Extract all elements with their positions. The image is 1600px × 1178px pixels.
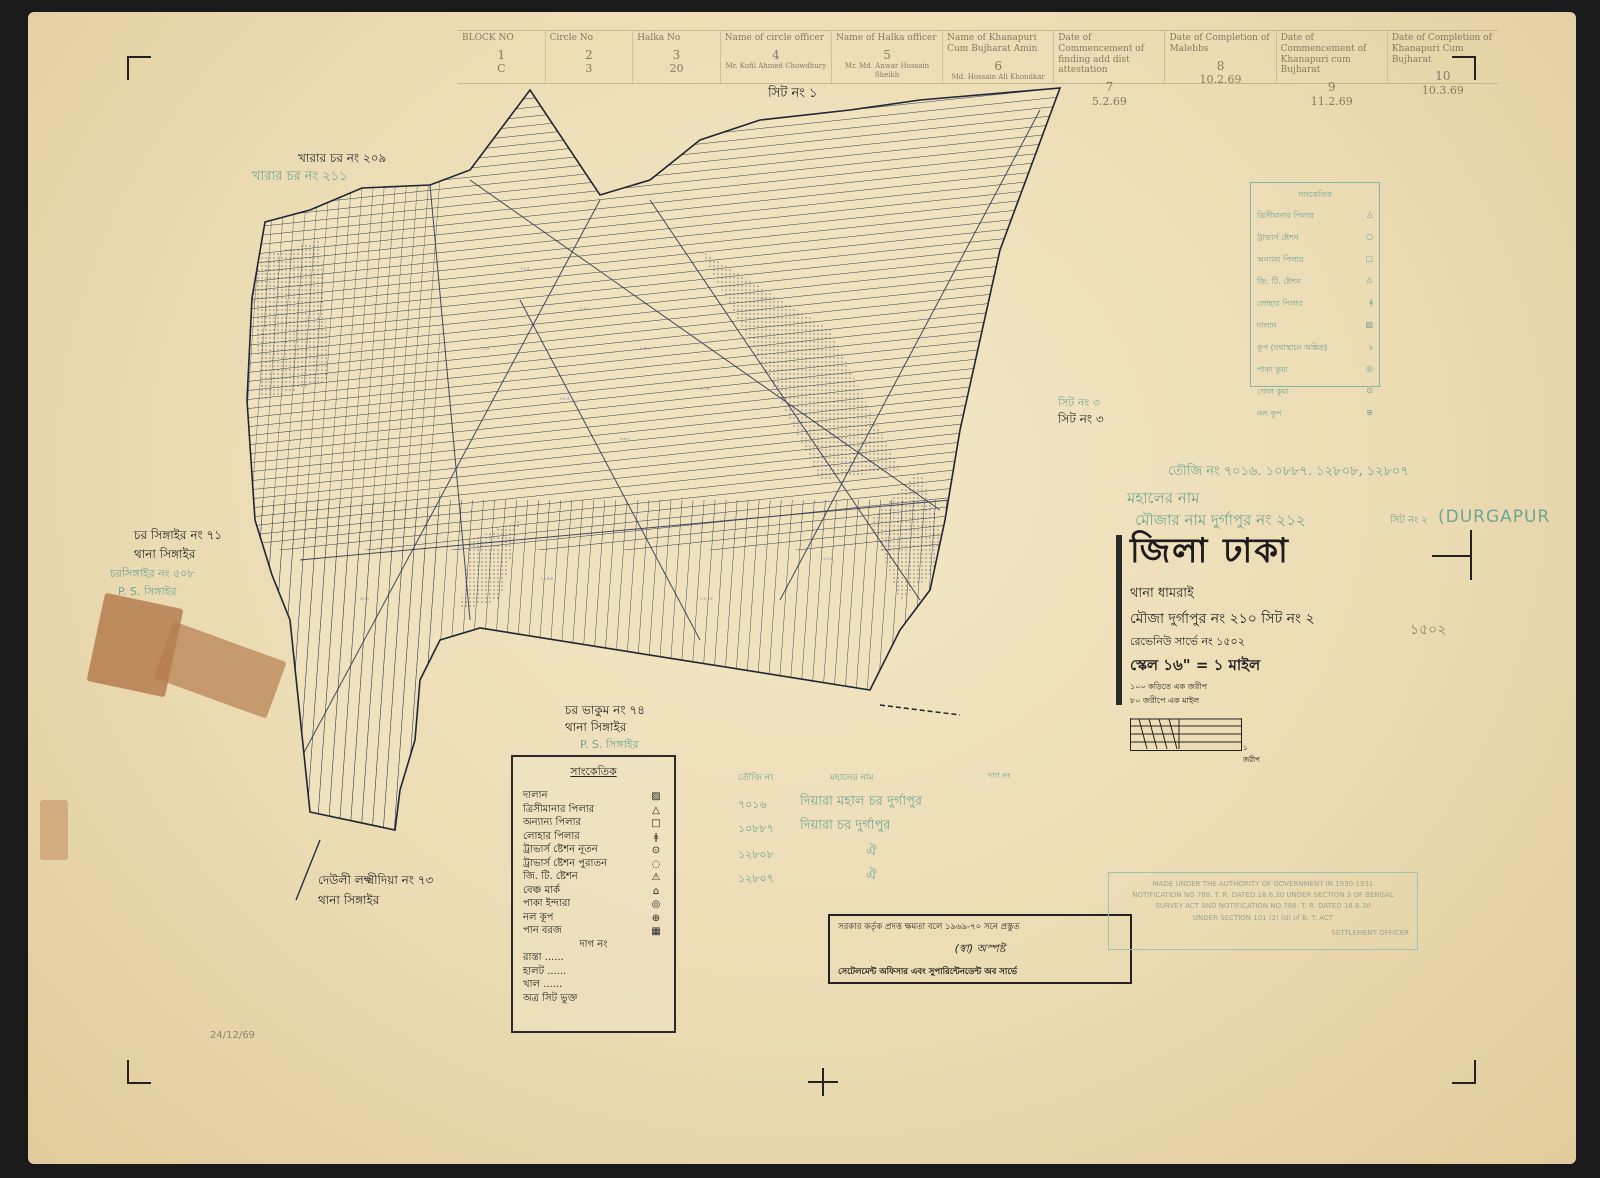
- mouza-name: মৌজা দুর্গাপুর নং ২১০ সিট নং ২: [1130, 607, 1315, 631]
- touzi-numbers: তৌজি নং ৭০১৬. ১০৮৮৭. ১২৮০৮, ১২৮০৭: [1168, 462, 1409, 483]
- mahal-cell: ঐ: [866, 866, 876, 887]
- svg-text:১০২৫: ১০২৫: [820, 556, 833, 562]
- svg-text:১১৫৬: ১১৫৬: [540, 576, 554, 582]
- iron-pillar-icon: ǂ: [648, 832, 664, 843]
- tape-stain: [40, 800, 68, 860]
- adjacent-mouza-west-teal: চরসিঙ্গাইর নং ৫০৮: [110, 565, 194, 584]
- legend-title: সাংকেতিক: [1257, 189, 1373, 202]
- adjacent-mouza-southwest-thana: থানা সিঙ্গাইর: [318, 892, 379, 912]
- cadastral-plot-map: ৭৭৫৮২০৮৪৩ ৯১৪৮৮৫৭০৫ ৯২১৮৯০১০২৫ ৬৩১১১৫৬১২…: [0, 0, 1600, 1178]
- legend-item: নল কূপ⊕: [1257, 408, 1373, 421]
- legend-item: লোহার পিলারǂ: [1257, 298, 1373, 311]
- adjacent-mouza-south-ps: P. S. সিঙ্গাইর: [580, 736, 639, 755]
- tubewell-icon: ⊕: [648, 913, 664, 924]
- masonry-well-icon: ◎: [1366, 364, 1373, 377]
- svg-text:৮৪৩: ৮৪৩: [640, 346, 650, 352]
- legend-item: দালান▨: [1257, 320, 1373, 333]
- column-header: তৌজি নং: [738, 770, 774, 785]
- benchmark-icon: ⌂: [648, 886, 664, 897]
- legend-item: অত্র সিট ভুক্ত: [523, 993, 664, 1007]
- svg-text:৭৭৫: ৭৭৫: [520, 266, 530, 272]
- adjacent-mouza-west-ps: P. S. সিঙ্গাইর: [118, 583, 177, 602]
- column-header: মহালের নাম: [830, 770, 873, 785]
- betel-garden-icon: ▦: [648, 926, 664, 937]
- svg-text:৭০৫: ৭০৫: [480, 346, 490, 352]
- svg-text:৮২০: ৮২০: [580, 306, 590, 312]
- legend-ink: সাংকেতিক দালান▨ ত্রিসীমানার পিলার△ অন্যা…: [511, 755, 676, 1033]
- certificate-line-1: সরকার কর্তৃক প্রদত্ত ক্ষমতা বলে ১৯৬৯-৭০ …: [838, 920, 1122, 934]
- gt-station-icon: ⚠: [1366, 276, 1373, 289]
- adjacent-mouza-west: চর সিঙ্গাইর নং ৭১: [134, 527, 222, 547]
- building-icon: ▨: [648, 791, 664, 802]
- signatory: SETTLEMENT OFFICER: [1117, 928, 1409, 939]
- legend-title: সাংকেতিক: [523, 763, 664, 782]
- well-icon: ৳: [1369, 342, 1373, 355]
- other-pillar-icon: □: [648, 818, 664, 829]
- mahal-cell: দিয়ারা চর দুর্গাপুর: [800, 816, 890, 837]
- svg-text:৯১৪: ৯১৪: [700, 386, 710, 392]
- touzi-cell: ৭০১৬: [738, 796, 767, 815]
- mahal-cell: ঐ: [866, 842, 876, 863]
- scale-note-2: ৮০ জরীপে এক মাইল: [1130, 695, 1315, 708]
- other-pillar-icon: □: [1365, 254, 1373, 267]
- legend-item: পাকা কুয়া◎: [1257, 364, 1373, 377]
- adjacent-mouza-west-thana: থানা সিঙ্গাইর: [134, 546, 195, 566]
- boundary-pillar-icon: △: [1367, 210, 1373, 223]
- traverse-new-icon: ⊙: [648, 845, 664, 856]
- building-icon: ▨: [1365, 320, 1373, 333]
- scale-note-1: ১০০ কড়িতে এক জরীপ: [1130, 681, 1315, 694]
- touzi-cell: ১২৮০৮: [738, 846, 774, 865]
- traverse-old-icon: ◌: [648, 859, 664, 870]
- thana-name: থানা ধামরাই: [1130, 584, 1315, 605]
- mouza-sheet-teal: সিট নং ২: [1390, 513, 1428, 530]
- authority-line: UNDER SECTION 101 (2) (d) of B. T. ACT: [1117, 913, 1409, 924]
- authority-line: NOTIFICATION NO 788. T. R. DATED 18.6.30…: [1117, 890, 1409, 901]
- iron-pillar-icon: ǂ: [1369, 298, 1373, 311]
- legend-item: জি. টি. ষ্টেশন⚠: [1257, 276, 1373, 289]
- pencil-note-right: ১৫০২: [1410, 618, 1446, 642]
- title-block: জিলা ঢাকা থানা ধামরাই মৌজা দুর্গাপুর নং …: [1130, 525, 1315, 751]
- legend-item: গোল কুয়া⊙: [1257, 386, 1373, 399]
- adjacent-mouza-southwest: দেউলী লক্ষ্মীদিয়া নং ৭৩: [318, 872, 433, 892]
- svg-text:৮৯০: ৮৯০: [620, 436, 630, 442]
- legend-teal: সাংকেতিক ত্রিসীমানার পিলার△ ট্রাভার্স ষ্…: [1250, 182, 1380, 387]
- tubewell-icon: ⊕: [1366, 408, 1373, 421]
- legend-item: ট্রাভার্স ষ্টেশন○: [1257, 232, 1373, 245]
- legend-item: অন্যান্য পিলার□: [1257, 254, 1373, 267]
- mahal-table: তৌজি নং মহালের নাম দাগ নং ৭০১৬ দিয়ারা ম…: [738, 770, 1048, 890]
- traverse-station-icon: ○: [1366, 232, 1373, 245]
- round-well-icon: ⊙: [1366, 386, 1373, 399]
- pencil-note-date: 24/12/69: [210, 1030, 255, 1041]
- svg-text:৮৮৫: ৮৮৫: [560, 396, 570, 402]
- district-name: জিলা ঢাকা: [1130, 525, 1315, 582]
- certificate-line-2: সেটেলমেন্ট অফিসার এবং সুপারিন্টেনডেন্ট অ…: [838, 965, 1122, 979]
- svg-text:১২০৪: ১২০৪: [700, 596, 713, 602]
- signature: (স্বা) অস্পষ্ট: [838, 940, 1122, 959]
- column-header: দাগ নং: [988, 770, 1011, 783]
- scale-bar: ১ জরীপ: [1130, 718, 1242, 751]
- touzi-cell: ১২৮০৭: [738, 870, 774, 889]
- mahal-cell: দিয়ারা মহাল চর দুর্গাপুর: [800, 792, 922, 813]
- authority-line: MADE UNDER THE AUTHORITY OF GOVERNMENT I…: [1117, 879, 1409, 890]
- adjacent-mouza-north-teal: খারার চর নং ২১১: [252, 167, 348, 188]
- map-scale: স্কেল ১৬" = ১ মাইল: [1130, 654, 1315, 679]
- gt-station-icon: ⚠: [648, 872, 664, 883]
- svg-text:৯২১: ৯২১: [760, 296, 770, 302]
- mouza-english-name: (DURGAPUR: [1438, 507, 1550, 527]
- legend-item: কূপ (যথাস্থানে অঙ্কিত)৳: [1257, 342, 1373, 355]
- sheet-label-top: সিট নং ১: [768, 84, 817, 105]
- authority-stamp: MADE UNDER THE AUTHORITY OF GOVERNMENT I…: [1108, 872, 1418, 950]
- revenue-survey-no: রেভেনিউ সার্ভে নং ১৫০২: [1130, 633, 1315, 652]
- legend-item: ত্রিসীমানার পিলার△: [1257, 210, 1373, 223]
- touzi-cell: ১০৮৮৭: [738, 820, 774, 839]
- sheet-label-right: সিট নং ৩: [1058, 411, 1104, 431]
- tick-mark: [808, 1081, 838, 1083]
- certificate-box: সরকার কর্তৃক প্রদত্ত ক্ষমতা বলে ১৯৬৯-৭০ …: [828, 914, 1132, 984]
- boundary-pillar-icon: △: [648, 805, 664, 816]
- svg-text:৬৩১: ৬৩১: [360, 596, 370, 602]
- tick-mark: [1432, 555, 1472, 557]
- authority-line: SURVEY ACT AND NOTIFICATION NO 788. T. R…: [1117, 901, 1409, 912]
- title-bracket: [1116, 535, 1122, 705]
- masonry-well-icon: ◎: [648, 899, 664, 910]
